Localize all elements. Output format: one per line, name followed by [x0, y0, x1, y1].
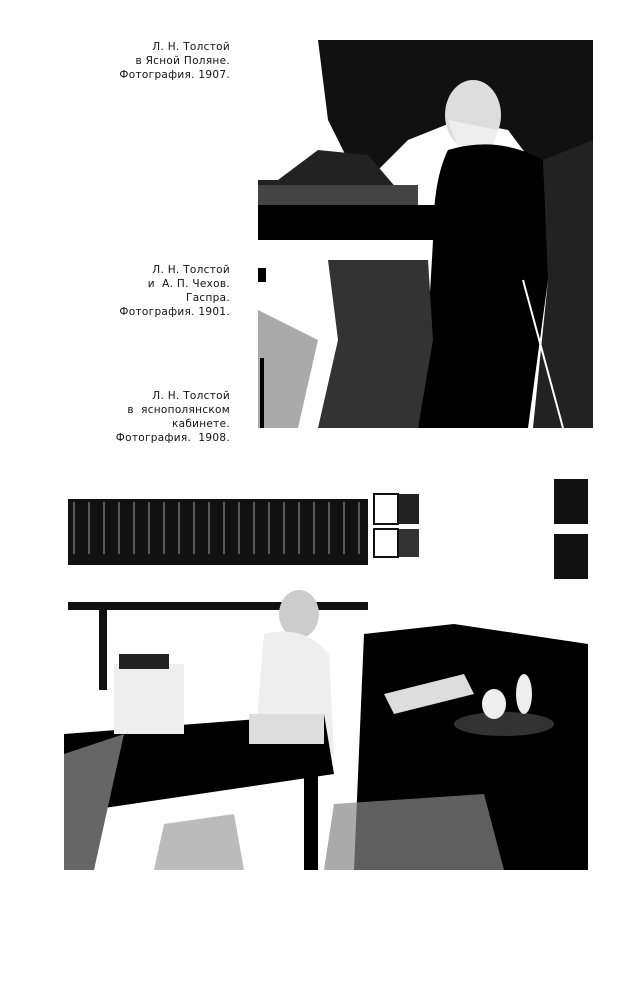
- caption-line: Фотография. 1908.: [116, 431, 230, 445]
- caption-line: Гаспра.: [119, 291, 230, 305]
- photo-tolstoy-study: [64, 474, 588, 870]
- caption-photo-1901: Л. Н. Толстойи А. П. Чехов.Гаспра.Фотогр…: [119, 263, 230, 319]
- caption-line: и А. П. Чехов.: [119, 277, 230, 291]
- photo-tolstoy-yasnaya-polyana: [258, 40, 593, 428]
- caption-line: в Ясной Поляне.: [119, 54, 230, 68]
- caption-line: Фотография. 1901.: [119, 305, 230, 319]
- caption-line: Фотография. 1907.: [119, 68, 230, 82]
- caption-photo-1908: Л. Н. Толстойв яснополянскомкабинете.Фот…: [116, 389, 230, 445]
- caption-line: в яснополянском: [116, 403, 230, 417]
- caption-photo-1907: Л. Н. Толстойв Ясной Поляне.Фотография. …: [119, 40, 230, 82]
- caption-line: Л. Н. Толстой: [119, 263, 230, 277]
- caption-line: Л. Н. Толстой: [116, 389, 230, 403]
- caption-line: кабинете.: [116, 417, 230, 431]
- caption-line: Л. Н. Толстой: [119, 40, 230, 54]
